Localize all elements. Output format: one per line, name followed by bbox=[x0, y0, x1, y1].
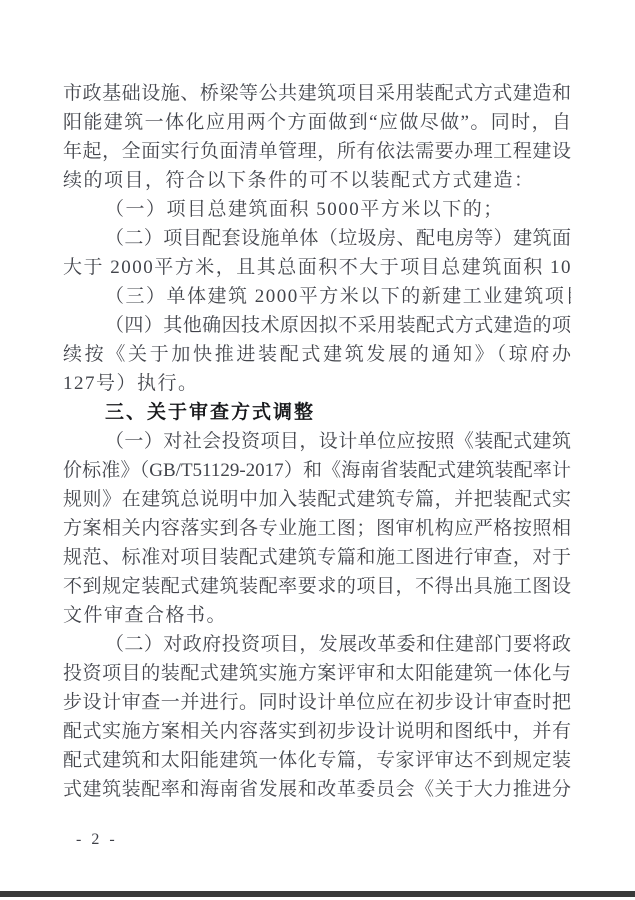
body-line: 阳能建筑一体化应用两个方面做到“应做尽做”。同时，自 2022 bbox=[63, 108, 571, 137]
body-line: 方案相关内容落实到各专业施工图；图审机构应严格按照相关 bbox=[63, 514, 571, 543]
body-line: 市政基础设施、桥梁等公共建筑项目采用装配式方式建造和太 bbox=[63, 79, 571, 108]
section-heading: 三、关于审查方式调整 bbox=[63, 398, 571, 427]
list-item-line: （一）对社会投资项目，设计单位应按照《装配式建筑评 bbox=[63, 427, 571, 456]
list-item-line: （一）项目总建筑面积 5000平方米以下的； bbox=[63, 195, 571, 224]
body-line: 投资项目的装配式建筑实施方案评审和太阳能建筑一体化与初 bbox=[63, 659, 571, 688]
list-item-line: （三）单体建筑 2000平方米以下的新建工业建筑项目。 bbox=[63, 282, 571, 311]
body-line: 127号）执行。 bbox=[63, 369, 571, 398]
body-line: 年起，全面实行负面清单管理，所有依法需要办理工程建设手 bbox=[63, 137, 571, 166]
body-line: 续按《关于加快推进装配式建筑发展的通知》（琼府办〔2020〕 bbox=[63, 340, 571, 369]
document-page: 市政基础设施、桥梁等公共建筑项目采用装配式方式建造和太 阳能建筑一体化应用两个方… bbox=[0, 0, 635, 900]
scan-edge-bar bbox=[0, 891, 635, 897]
body-line: 式建筑装配率和海南省发展和改革委员会《关于大力推进分布 bbox=[63, 775, 571, 804]
list-item-line: （四）其他确因技术原因拟不采用装配式方式建造的项目继 bbox=[63, 311, 571, 340]
list-item-line: （二）对政府投资项目，发展改革委和住建部门要将政府 bbox=[63, 630, 571, 659]
list-item-line: （二）项目配套设施单体（垃圾房、配电房等）建筑面积不 bbox=[63, 224, 571, 253]
body-line: 配式实施方案相关内容落实到初步设计说明和图纸中，并有装 bbox=[63, 717, 571, 746]
body-line: 步设计审查一并进行。同时设计单位应在初步设计审查时把装 bbox=[63, 688, 571, 717]
page-number: - 2 - bbox=[76, 831, 118, 849]
body-line: 配式建筑和太阳能建筑一体化专篇，专家评审达不到规定装配 bbox=[63, 746, 571, 775]
body-line: 文件审查合格书。 bbox=[63, 601, 571, 630]
body-line: 规则》在建筑总说明中加入装配式建筑专篇，并把装配式实施 bbox=[63, 485, 571, 514]
body-line: 价标准》（GB/T51129-2017）和《海南省装配式建筑装配率计算 bbox=[63, 456, 571, 485]
document-body: 市政基础设施、桥梁等公共建筑项目采用装配式方式建造和太 阳能建筑一体化应用两个方… bbox=[63, 79, 571, 804]
body-line: 不到规定装配式建筑装配率要求的项目，不得出具施工图设计 bbox=[63, 572, 571, 601]
body-line: 续的项目，符合以下条件的可不以装配式方式建造： bbox=[63, 166, 571, 195]
body-line: 大于 2000平方米，且其总面积不大于项目总建筑面积 10%的； bbox=[63, 253, 571, 282]
body-line: 规范、标准对项目装配式建筑专篇和施工图进行审查，对于达 bbox=[63, 543, 571, 572]
